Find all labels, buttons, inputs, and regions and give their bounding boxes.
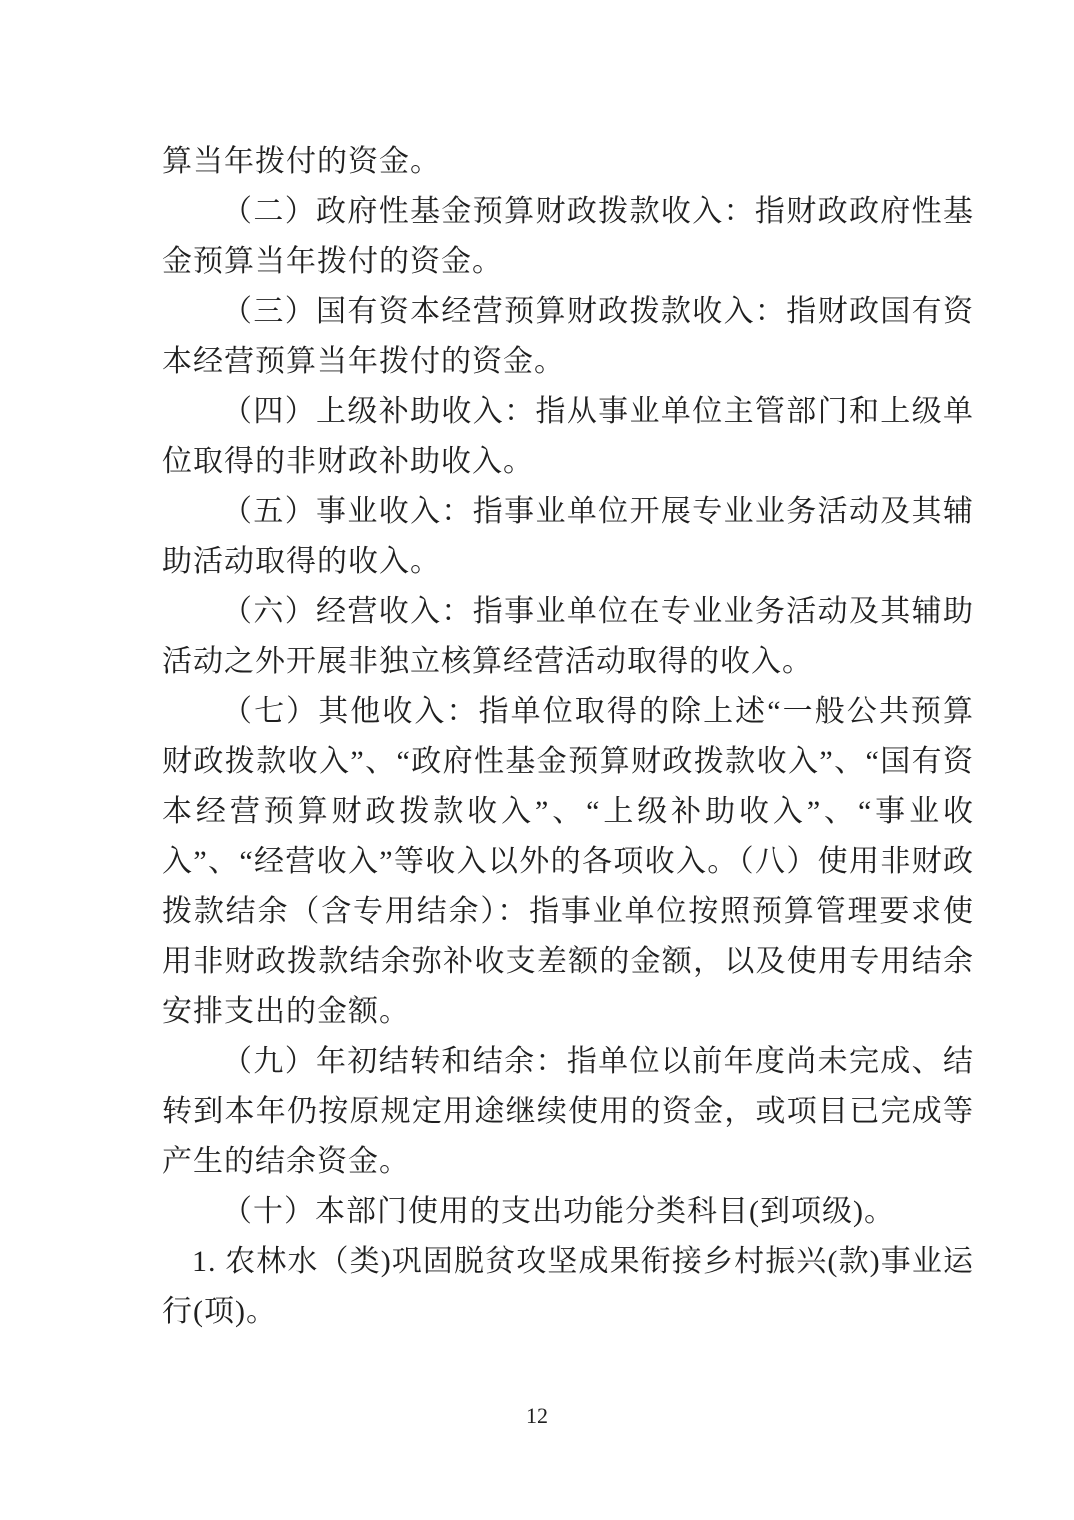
paragraph: （十）本部门使用的支出功能分类科目(到项级)。 — [162, 1187, 974, 1237]
paragraph: （五）事业收入：指事业单位开展专业业务活动及其辅助活动取得的收入。 — [162, 487, 974, 587]
paragraph: （九）年初结转和结余：指单位以前年度尚未完成、结转到本年仍按原规定用途继续使用的… — [162, 1037, 974, 1187]
paragraph: （二）政府性基金预算财政拨款收入：指财政政府性基金预算当年拨付的资金。 — [162, 187, 974, 287]
paragraph: （四）上级补助收入：指从事业单位主管部门和上级单位取得的非财政补助收入。 — [162, 387, 974, 487]
document-body: 算当年拨付的资金。（二）政府性基金预算财政拨款收入：指财政政府性基金预算当年拨付… — [162, 137, 974, 1337]
paragraph: （七）其他收入：指单位取得的除上述“一般公共预算财政拨款收入”、“政府性基金预算… — [162, 687, 974, 1037]
document-page: 算当年拨付的资金。（二）政府性基金预算财政拨款收入：指财政政府性基金预算当年拨付… — [0, 0, 1074, 1520]
paragraph: （三）国有资本经营预算财政拨款收入：指财政国有资本经营预算当年拨付的资金。 — [162, 287, 974, 387]
paragraph: （六）经营收入：指事业单位在专业业务活动及其辅助活动之外开展非独立核算经营活动取… — [162, 587, 974, 687]
paragraph: 1. 农林水（类)巩固脱贫攻坚成果衔接乡村振兴(款)事业运行(项)。 — [162, 1237, 974, 1337]
paragraph: 算当年拨付的资金。 — [162, 137, 974, 187]
page-number: 12 — [0, 1403, 1074, 1429]
